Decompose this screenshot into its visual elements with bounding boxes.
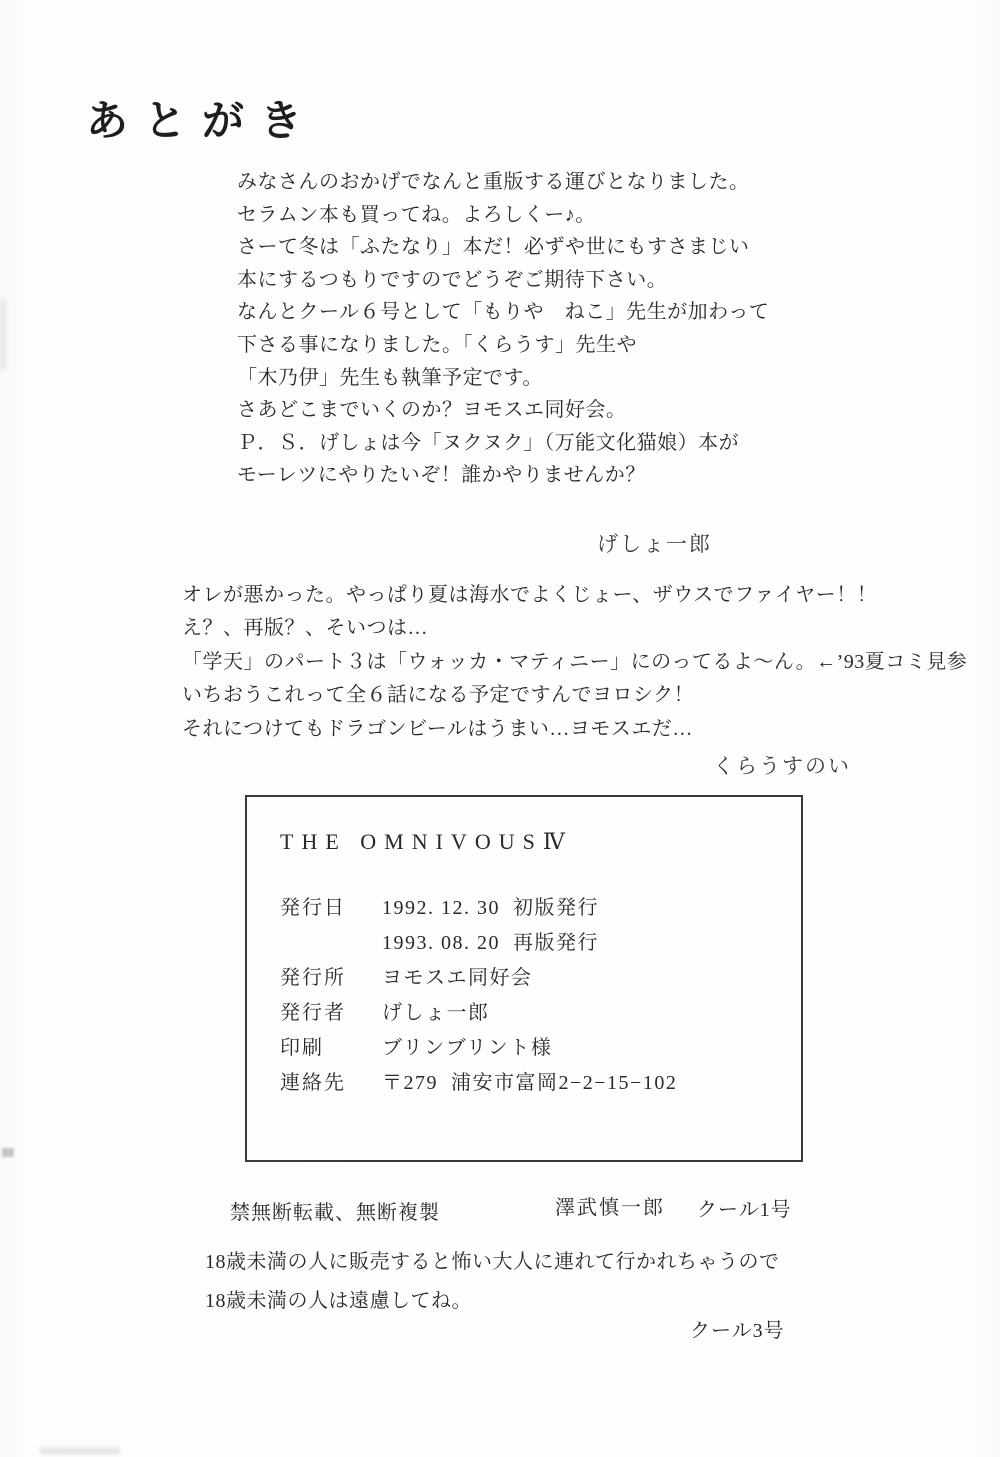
scan-artifact [40, 1448, 120, 1454]
signature-kurausunoi: くらうすのい [713, 750, 851, 780]
afterword1-line: 本にするつもりですのでどうぞご期待下さい。 [237, 264, 769, 297]
page-title: あとがき [86, 88, 318, 148]
scanned-afterword-page: あとがき みなさんのおかげでなんと重版する運びとなりました。 セラムン本も買って… [0, 0, 1000, 1457]
afterword1-line: さーて冬は「ふたなり」本だ！必ずや世にもすさまじい [237, 231, 769, 264]
afterword1-line: モーレツにやりたいぞ！誰かやりませんか？ [237, 459, 769, 492]
afterword2-line: え？、再版？、そいつは… [182, 612, 967, 645]
scan-artifact [2, 1148, 14, 1157]
afterword2-line: いちおうこれって全６話になる予定ですんでヨロシク！ [182, 679, 967, 712]
colophon-row-printer: 印刷 ブリンブリント様 [280, 1031, 780, 1066]
afterword1-line: みなさんのおかげでなんと重版する運びとなりました。 [237, 166, 769, 199]
colophon-label: 連絡先 [280, 1066, 382, 1101]
scan-artifact [0, 300, 6, 370]
age-warning-line-1: 18歳未満の人に販売すると怖い大人に連れて行かれちゃうので [205, 1245, 780, 1274]
signature-geshoichiro: げしょ一郎 [597, 528, 712, 558]
cool-3-credit: クール3号 [690, 1314, 785, 1343]
colophon-label: 印刷 [280, 1031, 382, 1066]
colophon-value: 1993. 08. 20 再版発行 [382, 926, 599, 961]
afterword2-line: オレが悪かった。やっぱり夏は海水でよくじょー、ザウスでファイヤー！！ [182, 579, 967, 612]
colophon-contact-name: 澤武慎一郎 [555, 1191, 665, 1220]
colophon-value: げしょ一郎 [382, 996, 490, 1031]
colophon-row-issuer: 発行者 げしょ一郎 [280, 996, 780, 1031]
colophon-row-reprint-date: 1993. 08. 20 再版発行 [280, 926, 780, 961]
afterword-paragraph-2: オレが悪かった。やっぱり夏は海水でよくじょー、ザウスでファイヤー！！ え？、再版… [182, 579, 967, 746]
colophon-box: THE OMNIVOUSⅣ 発行日 1992. 12. 30 初版発行 1993… [245, 795, 803, 1162]
colophon-value: 1992. 12. 30 初版発行 [382, 891, 599, 926]
colophon-label [280, 926, 382, 961]
afterword1-line: セラムン本も買ってね。よろしくー♪。 [237, 199, 769, 232]
afterword1-line: さあどこまでいくのか？ヨモスエ同好会。 [237, 394, 769, 427]
colophon-rows: 発行日 1992. 12. 30 初版発行 1993. 08. 20 再版発行 … [280, 891, 780, 1101]
colophon-label: 発行日 [280, 891, 382, 926]
afterword1-line: Ｐ．Ｓ．げしょは今「ヌクヌク」（万能文化猫娘）本が [237, 427, 769, 460]
colophon-label: 発行所 [280, 961, 382, 996]
afterword1-line: なんとクール６号として「もりや ねこ」先生が加わって [237, 296, 769, 329]
colophon-title: THE OMNIVOUSⅣ [280, 829, 573, 855]
cool-1-credit: クール1号 [697, 1193, 792, 1222]
colophon-row-publication-date: 発行日 1992. 12. 30 初版発行 [280, 891, 780, 926]
age-warning-line-2: 18歳未満の人は遠慮してね。 [205, 1284, 472, 1313]
afterword1-line: 「木乃伊」先生も執筆予定です。 [237, 362, 769, 395]
colophon-value: 〒279 浦安市富岡2−2−15−102 [382, 1066, 677, 1101]
colophon-row-publisher: 発行所 ヨモスエ同好会 [280, 961, 780, 996]
colophon-value: ヨモスエ同好会 [382, 961, 533, 996]
colophon-value: ブリンブリント様 [382, 1031, 552, 1066]
afterword2-line: 「学天」のパート３は「ウォッカ・マティニー」にのってるよ～ん。←’93夏コミ見参 [182, 646, 967, 679]
afterword1-line: 下さる事になりました。「くらうす」先生や [237, 329, 769, 362]
afterword2-line: それにつけてもドラゴンビールはうまい…ヨモスエだ… [182, 713, 967, 746]
afterword-paragraph-1: みなさんのおかげでなんと重版する運びとなりました。 セラムン本も買ってね。よろし… [237, 166, 769, 492]
colophon-label: 発行者 [280, 996, 382, 1031]
reprint-prohibition-notice: 禁無断転載、無断複製 [230, 1196, 440, 1225]
colophon-row-contact-address: 連絡先 〒279 浦安市富岡2−2−15−102 [280, 1066, 780, 1101]
